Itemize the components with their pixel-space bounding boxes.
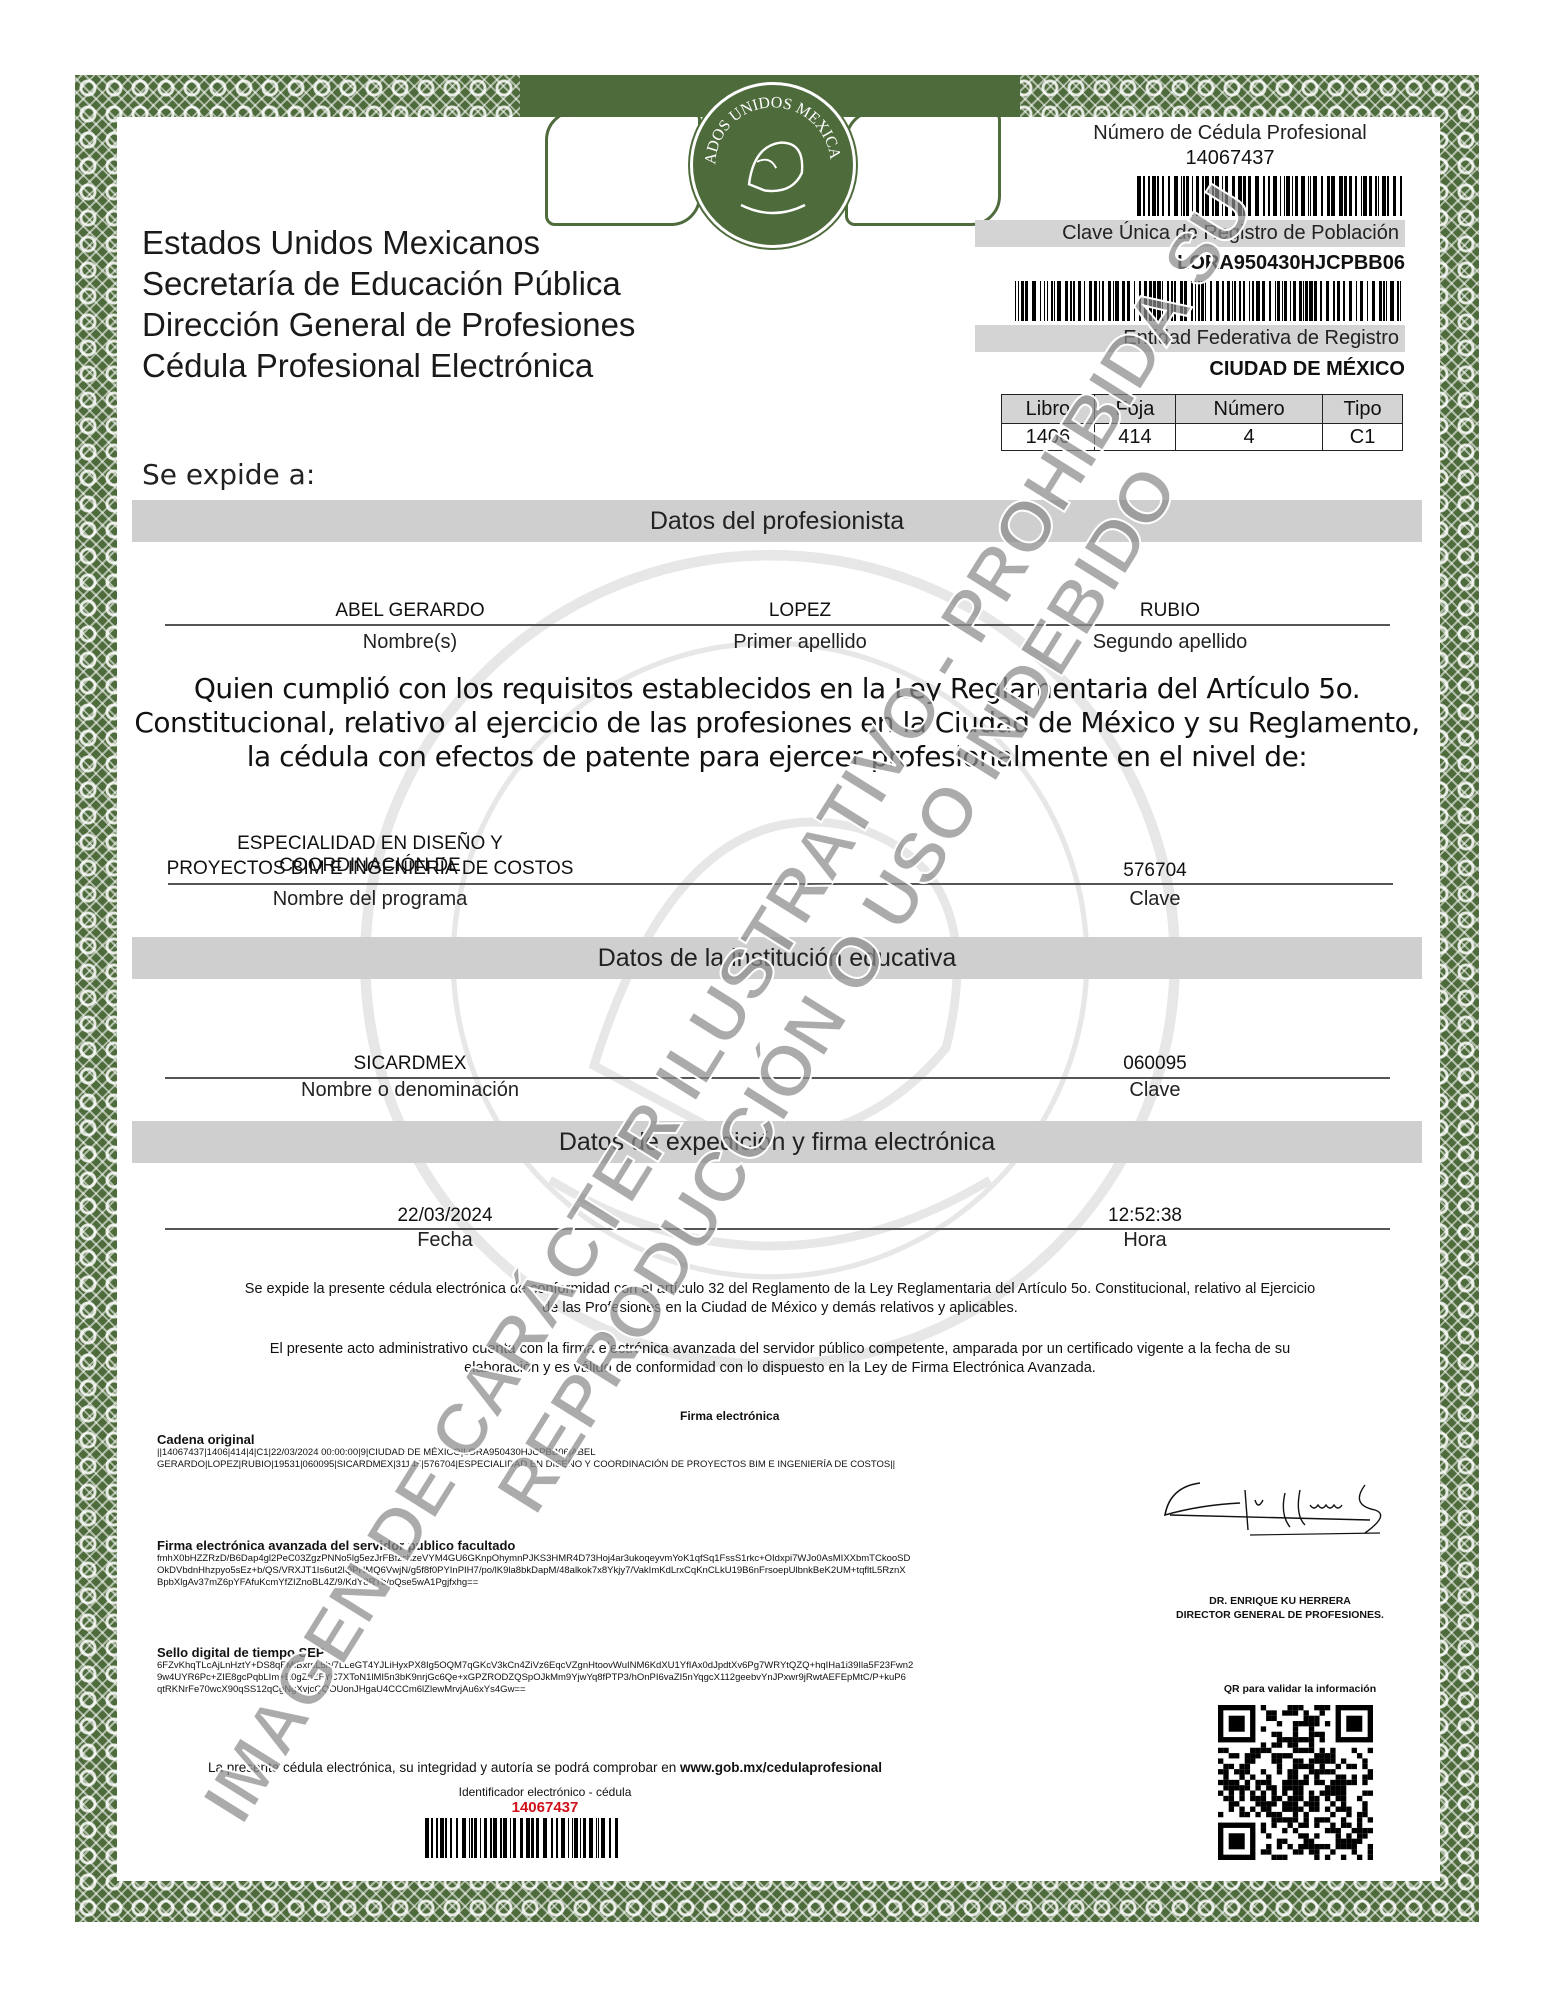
barcode-bar xyxy=(1032,281,1035,321)
verify-text: La presente cédula electrónica, su integ… xyxy=(165,1760,925,1775)
legal-line: elaboración y es válido de conformidad c… xyxy=(150,1359,1410,1378)
barcode-bar xyxy=(469,1818,470,1858)
sello-block: Sello digital de tiempo SEP 6FZvKhqTLcAj… xyxy=(157,1645,1137,1696)
barcode-bar xyxy=(1167,281,1169,321)
barcode-bar xyxy=(1400,281,1401,321)
nombre-label: Nombre(s) xyxy=(230,631,590,654)
barcode-bar xyxy=(1174,176,1178,216)
fecha-value: 22/03/2024 xyxy=(330,1205,560,1227)
barcode-bar xyxy=(1070,281,1072,321)
statement-line: Quien cumplió con los requisitos estable… xyxy=(132,672,1422,706)
barcode-bar xyxy=(1021,281,1024,321)
barcode-bar xyxy=(1157,176,1159,216)
barcode-bar xyxy=(474,1818,477,1858)
legal-line: El presente acto administrativo cuenta c… xyxy=(150,1340,1410,1359)
barcode-bar xyxy=(440,1818,444,1858)
barcode-bar xyxy=(1390,281,1393,321)
section-expedicion: Datos de expedición y firma electrónica xyxy=(132,1121,1422,1163)
id-label: Identificador electrónico - cédula xyxy=(395,1785,695,1799)
barcode-bar xyxy=(574,1818,578,1858)
signer-name: DR. ENRIQUE KU HERRERA xyxy=(1150,1594,1410,1608)
barcode-bar xyxy=(1225,176,1228,216)
legal-line: Se expide la presente cédula electrónica… xyxy=(150,1280,1410,1299)
barcode-bar xyxy=(1268,176,1270,216)
institucion-clave-value: 060095 xyxy=(1080,1053,1230,1075)
institucion-clave-label: Clave xyxy=(1080,1079,1230,1102)
col-header: Libro xyxy=(1002,395,1095,424)
barcode-bar xyxy=(1227,281,1229,321)
nombre-value: ABEL GERARDO xyxy=(230,600,590,622)
primer-apellido-label: Primer apellido xyxy=(620,631,980,654)
section-profesionista: Datos del profesionista xyxy=(132,500,1422,542)
barcode-bar xyxy=(1313,176,1317,216)
legal-paragraph-1: Se expide la presente cédula electrónica… xyxy=(150,1280,1410,1318)
firma-line: BpbXlgAv37mZ6pYFAfuKcmYfZIZnoBL4Z/9/KdY8… xyxy=(157,1577,1137,1589)
cadena-label: Cadena original xyxy=(157,1432,1157,1447)
barcode-bar xyxy=(551,1818,553,1858)
barcode-bar xyxy=(500,1818,502,1858)
tipo-value: C1 xyxy=(1323,424,1403,451)
barcode-bar xyxy=(1400,176,1402,216)
statement-line: Constitucional, relativo al ejercicio de… xyxy=(132,706,1422,740)
title-line: Dirección General de Profesiones xyxy=(142,304,635,345)
barcode-bar xyxy=(471,1818,473,1858)
barcode-bar xyxy=(1089,281,1092,321)
sello-label: Sello digital de tiempo SEP xyxy=(157,1645,1137,1660)
barcode-bar xyxy=(1292,176,1293,216)
section-institucion: Datos de la institución educativa xyxy=(132,937,1422,979)
barcode-bar xyxy=(1314,281,1317,321)
barcode-bar xyxy=(609,1818,611,1858)
barcode-bar xyxy=(1273,176,1277,216)
barcode-bar xyxy=(503,1818,507,1858)
barcode-bar xyxy=(1065,281,1068,321)
divider xyxy=(165,624,1390,626)
barcode-bar xyxy=(1201,281,1204,321)
sello-line: qtRKNrFe70wcX90qSS12qCgNgXvjcQQOUonJHgaU… xyxy=(157,1684,1137,1696)
barcode-bar xyxy=(1239,281,1241,321)
barcode-bar xyxy=(1269,281,1271,321)
barcode-bar xyxy=(1184,281,1186,321)
verify-link[interactable]: www.gob.mx/cedulaprofesional xyxy=(680,1760,882,1775)
barcode-bar xyxy=(436,1818,438,1858)
barcode-bar xyxy=(1122,281,1125,321)
entidad-label: Entidad Federativa de Registro xyxy=(975,325,1405,352)
national-emblem-icon: ESTADOS UNIDOS MEXICANOS xyxy=(690,82,856,248)
barcode-bar xyxy=(1205,176,1209,216)
barcode-bar xyxy=(1356,281,1357,321)
barcode-bar xyxy=(1099,281,1101,321)
barcode-bar xyxy=(1073,281,1075,321)
barcode-bar xyxy=(1162,281,1164,321)
barcode-bar xyxy=(531,1818,534,1858)
barcode-bar xyxy=(1084,281,1085,321)
barcode-bar xyxy=(1326,281,1328,321)
barcode-bar xyxy=(572,1818,573,1858)
issued-to-label: Se expide a: xyxy=(142,458,315,491)
col-header: Número xyxy=(1176,395,1323,424)
barcode-bar xyxy=(1044,281,1045,321)
barcode-bar xyxy=(1174,281,1176,321)
barcode-bar xyxy=(1191,281,1193,321)
barcode-bar xyxy=(1252,281,1254,321)
issuer-title: Estados Unidos Mexicanos Secretaría de E… xyxy=(142,222,635,386)
barcode-bar xyxy=(431,1818,433,1858)
barcode-bar xyxy=(425,1818,429,1858)
programa-clave-value: 576704 xyxy=(1080,860,1230,882)
signer-block: DR. ENRIQUE KU HERRERA DIRECTOR GENERAL … xyxy=(1150,1594,1410,1622)
cadena-line: GERARDO|LOPEZ|RUBIO|19531|060095|SICARDM… xyxy=(157,1459,1157,1471)
compliance-statement: Quien cumplió con los requisitos estable… xyxy=(132,672,1422,774)
barcode-bar xyxy=(1280,176,1281,216)
barcode-bar xyxy=(1078,281,1081,321)
hora-value: 12:52:38 xyxy=(1070,1205,1220,1227)
barcode-bar xyxy=(490,1818,492,1858)
barcode-bar xyxy=(493,1818,497,1858)
title-line: Secretaría de Educación Pública xyxy=(142,263,635,304)
barcode-bar xyxy=(580,1818,581,1858)
barcode-bar xyxy=(568,1818,569,1858)
registry-table: Libro Foja Número Tipo 1406 414 4 C1 xyxy=(1001,394,1403,451)
barcode-bar xyxy=(1293,281,1296,321)
svg-text:ESTADOS UNIDOS MEXICANOS: ESTADOS UNIDOS MEXICANOS xyxy=(693,85,844,165)
barcode-bar xyxy=(520,1818,523,1858)
curp-label: Clave Única de Registro de Población xyxy=(975,220,1405,247)
barcode-bar xyxy=(1015,281,1016,321)
numero-value: 4 xyxy=(1176,424,1323,451)
barcode-bar xyxy=(1372,281,1374,321)
barcode-bar xyxy=(1397,281,1399,321)
barcode-bar xyxy=(445,1818,447,1858)
firma-line: fmhX0bHZZRzD/B6Dap4gl2PeC03ZgzPNNo5lg5ez… xyxy=(157,1553,1137,1565)
barcode-bar xyxy=(1256,281,1259,321)
barcode-bar xyxy=(1127,281,1130,321)
id-barcode xyxy=(425,1818,620,1858)
barcode-bar xyxy=(1282,281,1283,321)
barcode-bar xyxy=(1212,176,1214,216)
barcode-bar xyxy=(1349,281,1352,321)
barcode-bar xyxy=(510,1818,511,1858)
barcode-bar xyxy=(1210,281,1212,321)
barcode-bar xyxy=(1309,281,1312,321)
barcode-bar xyxy=(583,1818,586,1858)
barcode-bar xyxy=(536,1818,539,1858)
barcode-bar xyxy=(1343,281,1345,321)
barcode-bar xyxy=(1333,281,1335,321)
barcode-bar xyxy=(1054,281,1055,321)
barcode-bar xyxy=(1040,281,1041,321)
barcode-bar xyxy=(1310,176,1311,216)
barcode-bar xyxy=(1360,281,1362,321)
barcode-bar xyxy=(1321,176,1323,216)
barcode-bar xyxy=(1378,176,1379,216)
barcode-bar xyxy=(1168,176,1170,216)
programa-name-label: Nombre del programa xyxy=(160,888,580,911)
crest-wing-left xyxy=(545,110,701,226)
barcode-bar xyxy=(1383,281,1385,321)
barcode-bar xyxy=(1148,176,1150,216)
barcode-bar xyxy=(1263,176,1265,216)
barcode-bar xyxy=(1057,281,1060,321)
barcode-bar xyxy=(1113,281,1114,321)
barcode-bar xyxy=(1195,281,1196,321)
barcode-bar xyxy=(1205,281,1206,321)
firma-line: OkDVbdnHhzpyo5sEz+b/QS/VRXJT1Is6ut2lQPHM… xyxy=(157,1565,1137,1577)
title-line: Cédula Profesional Electrónica xyxy=(142,345,635,386)
barcode-bar xyxy=(1320,281,1322,321)
barcode-bar xyxy=(1149,281,1152,321)
legal-line: de las Profesiones en la Ciudad de Méxic… xyxy=(150,1299,1410,1318)
barcode-bar xyxy=(513,1818,516,1858)
barcode-bar xyxy=(1115,281,1118,321)
barcode-bar xyxy=(1277,281,1279,321)
id-value: 14067437 xyxy=(395,1799,695,1816)
barcode-bar xyxy=(1183,176,1185,216)
barcode-bar xyxy=(1303,281,1304,321)
programa-name-line2: PROYECTOS BIM E INGENIERÍA DE COSTOS xyxy=(160,858,580,880)
cedula-barcode xyxy=(1075,176,1405,216)
barcode-bar xyxy=(1139,281,1141,321)
cadena-line: ||14067437|1406|414|4|C1|22/03/2024 00:0… xyxy=(157,1447,1157,1459)
barcode-bar xyxy=(1180,281,1183,321)
barcode-bar xyxy=(1134,281,1135,321)
barcode-bar xyxy=(1157,281,1160,321)
barcode-bar xyxy=(1387,176,1389,216)
barcode-bar xyxy=(1308,176,1309,216)
barcode-bar xyxy=(615,1818,618,1858)
barcode-bar xyxy=(1171,281,1173,321)
barcode-bar xyxy=(1286,176,1290,216)
qr-label: QR para validar la información xyxy=(1180,1683,1420,1695)
statement-line: la cédula con efectos de patente para ej… xyxy=(132,740,1422,774)
cedula-number: 14067437 xyxy=(975,147,1405,170)
barcode-bar xyxy=(1284,281,1287,321)
barcode-bar xyxy=(456,1818,458,1858)
barcode-bar xyxy=(1275,281,1276,321)
libro-value: 1406 xyxy=(1002,424,1095,451)
fecha-label: Fecha xyxy=(330,1229,560,1252)
barcode-bar xyxy=(1181,176,1182,216)
barcode-bar xyxy=(1349,176,1352,216)
barcode-bar xyxy=(1153,281,1156,321)
barcode-bar xyxy=(1198,281,1200,321)
barcode-bar xyxy=(1192,176,1193,216)
barcode-bar xyxy=(1337,281,1340,321)
barcode-bar xyxy=(1102,281,1104,321)
barcode-bar xyxy=(1331,176,1335,216)
barcode-bar xyxy=(1215,176,1219,216)
signer-title: DIRECTOR GENERAL DE PROFESIONES. xyxy=(1150,1608,1410,1622)
barcode-bar xyxy=(1305,281,1308,321)
barcode-bar xyxy=(1249,281,1250,321)
curp-barcode xyxy=(1015,281,1405,321)
barcode-bar xyxy=(462,1818,466,1858)
barcode-bar xyxy=(1386,281,1387,321)
barcode-bar xyxy=(1222,281,1224,321)
barcode-bar xyxy=(1284,176,1285,216)
programa-clave-label: Clave xyxy=(1080,888,1230,911)
barcode-bar xyxy=(1047,281,1048,321)
barcode-bar xyxy=(1243,281,1245,321)
foja-value: 414 xyxy=(1094,424,1175,451)
barcode-bar xyxy=(1255,176,1259,216)
barcode-bar xyxy=(1355,176,1357,216)
verify-sentence: La presente cédula electrónica, su integ… xyxy=(208,1760,680,1775)
legal-paragraph-2: El presente acto administrativo cuenta c… xyxy=(150,1340,1410,1378)
barcode-bar xyxy=(543,1818,547,1858)
barcode-bar xyxy=(1248,176,1251,216)
institucion-name-label: Nombre o denominación xyxy=(260,1079,560,1102)
barcode-bar xyxy=(561,1818,565,1858)
barcode-bar xyxy=(1137,176,1141,216)
barcode-bar xyxy=(1143,176,1145,216)
segundo-apellido-value: RUBIO xyxy=(990,600,1350,622)
sello-line: 9w4UYR6Pc+ZIE8gcPqbLIm+E0gZbZFYC7XToN1lM… xyxy=(157,1672,1137,1684)
barcode-bar xyxy=(450,1818,452,1858)
barcode-bar xyxy=(484,1818,487,1858)
sello-line: 6FZvKhqTLcAjLnHztY+DS8qFMiBxrsL5h/7LLeGT… xyxy=(157,1660,1137,1672)
entidad-value: CIUDAD DE MÉXICO xyxy=(975,358,1405,381)
signature-icon xyxy=(1160,1475,1400,1545)
curp-value: LORA950430HJCPBB06 xyxy=(975,252,1405,275)
firma-heading: Firma electrónica xyxy=(680,1409,779,1423)
barcode-bar xyxy=(1018,281,1019,321)
barcode-bar xyxy=(1216,281,1219,321)
firma-avanzada-block: Firma electrónica avanzada del servidor … xyxy=(157,1538,1137,1589)
barcode-bar xyxy=(1363,176,1367,216)
firma-avanzada-label: Firma electrónica avanzada del servidor … xyxy=(157,1538,1137,1553)
barcode-bar xyxy=(1262,281,1265,321)
barcode-bar xyxy=(598,1818,599,1858)
barcode-bar xyxy=(1234,281,1236,321)
barcode-bar xyxy=(596,1818,597,1858)
cedula-label: Número de Cédula Profesional xyxy=(975,122,1405,145)
barcode-bar xyxy=(1361,176,1362,216)
qr-code[interactable] xyxy=(1218,1705,1373,1860)
barcode-bar xyxy=(480,1818,481,1858)
cadena-original-block: Cadena original ||14067437|1406|414|4|C1… xyxy=(157,1432,1157,1471)
barcode-bar xyxy=(1367,281,1369,321)
col-header: Foja xyxy=(1094,395,1175,424)
col-header: Tipo xyxy=(1323,395,1403,424)
barcode-bar xyxy=(1025,281,1028,321)
barcode-bar xyxy=(1094,281,1096,321)
barcode-bar xyxy=(589,1818,593,1858)
hora-label: Hora xyxy=(1070,1229,1220,1252)
barcode-bar xyxy=(1051,281,1053,321)
barcode-bar xyxy=(1369,176,1372,216)
divider xyxy=(168,883,1393,885)
primer-apellido-value: LOPEZ xyxy=(620,600,980,622)
barcode-bar xyxy=(1196,176,1199,216)
barcode-bar xyxy=(1299,281,1302,321)
barcode-bar xyxy=(1238,176,1242,216)
barcode-bar xyxy=(1382,176,1386,216)
barcode-bar xyxy=(1301,176,1305,216)
barcode-bar xyxy=(1375,176,1377,216)
barcode-bar xyxy=(1108,281,1110,321)
barcode-bar xyxy=(1344,176,1347,216)
barcode-bar xyxy=(601,1818,605,1858)
barcode-bar xyxy=(1295,176,1298,216)
barcode-bar xyxy=(1327,176,1330,216)
barcode-bar xyxy=(556,1818,558,1858)
segundo-apellido-label: Segundo apellido xyxy=(990,631,1350,654)
barcode-bar xyxy=(1222,176,1223,216)
barcode-bar xyxy=(1290,281,1291,321)
barcode-bar xyxy=(1202,176,1204,216)
barcode-bar xyxy=(1232,281,1233,321)
barcode-bar xyxy=(1339,176,1343,216)
title-line: Estados Unidos Mexicanos xyxy=(142,222,635,263)
institucion-name-value: SICARDMEX xyxy=(260,1053,560,1075)
barcode-bar xyxy=(1186,176,1189,216)
barcode-bar xyxy=(1162,176,1164,216)
barcode-bar xyxy=(526,1818,530,1858)
registry-block: Número de Cédula Profesional 14067437 Cl… xyxy=(975,122,1405,451)
barcode-bar xyxy=(1243,176,1246,216)
barcode-bar xyxy=(1144,281,1146,321)
barcode-bar xyxy=(1232,176,1235,216)
barcode-bar xyxy=(1393,176,1396,216)
barcode-bar xyxy=(1379,281,1382,321)
barcode-bar xyxy=(1152,176,1156,216)
